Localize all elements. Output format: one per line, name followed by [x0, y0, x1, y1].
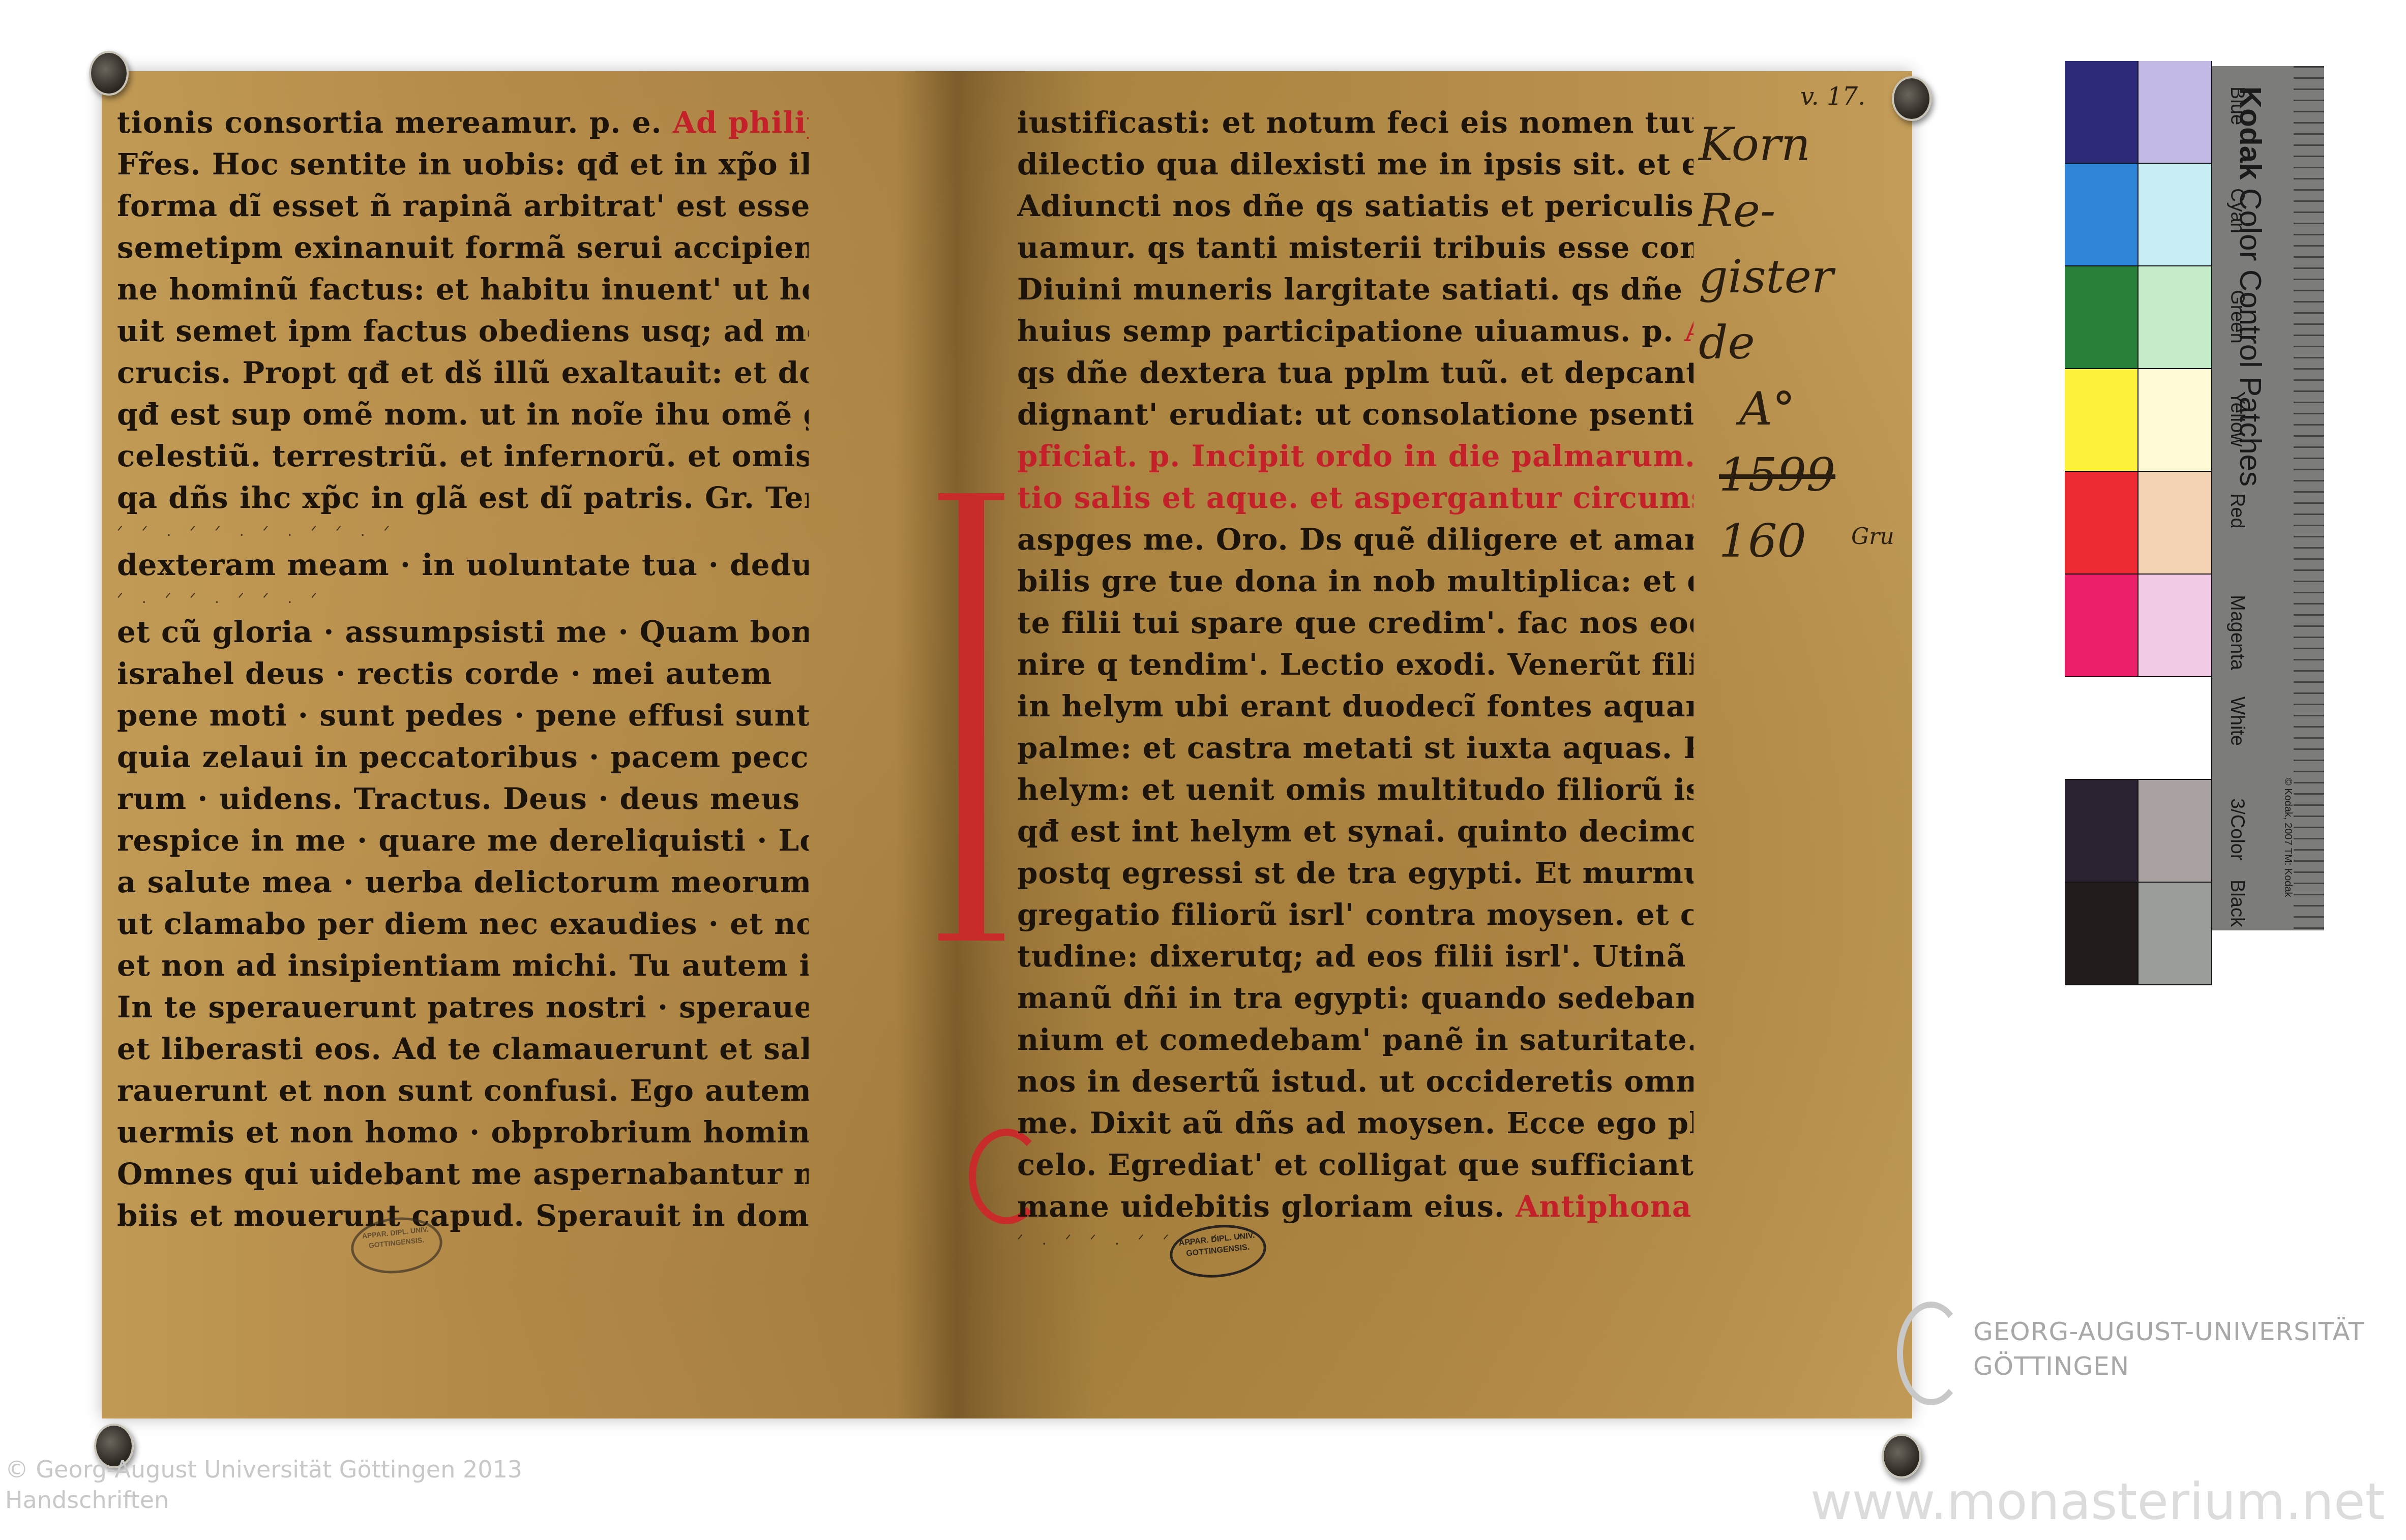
text-line: aspges me. Oro. Ds quẽ diligere et amare…	[1017, 519, 1694, 560]
patch-row-black	[2065, 883, 2212, 985]
magnet-top-right	[1892, 76, 1932, 121]
text-line: et cũ gloria · assumpsisti me · Quam bon…	[117, 611, 809, 653]
margin-annotation: v. 17. Korn Re- gister de A° 1599 160	[1699, 81, 1892, 575]
kodak-color-chart: Blue Cyan Green Yellow Red Magenta White…	[2065, 61, 2329, 935]
kodak-title: Kodak Color Control Patches	[2233, 86, 2268, 487]
patch-row-yellow	[2065, 369, 2212, 472]
text-line: qđ est int helym et synai. quinto decimo…	[1017, 810, 1694, 852]
right-page-text: iustificasti: et notum feci eis nomen tu…	[1017, 102, 1694, 1251]
patch-3color-light	[2138, 780, 2212, 882]
monasterium-watermark: www.monasterium.net	[1810, 1472, 2385, 1531]
patch-cyan-light	[2138, 164, 2212, 265]
text-line: Adiuncti nos dñe qs satiatis et periculi…	[1017, 185, 1694, 227]
university-logo-icon	[1897, 1302, 1965, 1405]
patch-black-light	[2138, 883, 2212, 984]
patch-green-dark	[2065, 266, 2138, 368]
text-line: uermis et non homo · obprobrium hominum …	[117, 1111, 809, 1153]
text-line: qs dñe dextera tua pplm tuũ. et depcante…	[1017, 352, 1694, 394]
ruler-ticks	[2294, 66, 2324, 930]
text-line: forma dĩ esset ñ rapinã arbitrat' est es…	[117, 185, 809, 227]
patch-row-red	[2065, 472, 2212, 575]
text-line: gregatio filiorũ isrl' contra moysen. et…	[1017, 894, 1694, 935]
patch-row-magenta	[2065, 575, 2212, 677]
text-line: pene moti · sunt pedes · pene effusi sun…	[117, 694, 809, 736]
patch-blue-light	[2138, 61, 2212, 163]
text-line: palme: et castra metati st iuxta aquas. …	[1017, 727, 1694, 769]
text-line: Omnes qui uidebant me aspernabantur me ·…	[117, 1153, 809, 1195]
text-line: te filii tui spare que credim'. fac nos …	[1017, 602, 1694, 644]
text-line: tionis consortia mereamur. p. e. Ad phil…	[117, 102, 809, 143]
kodak-copyright: © Kodak, 2007 TM: Kodak	[2282, 778, 2294, 897]
patch-yellow-dark	[2065, 369, 2138, 471]
patch-white	[2065, 677, 2212, 779]
patch-black-dark	[2065, 883, 2138, 984]
text-line: rauerunt et non sunt confusi. Ego autem …	[117, 1070, 809, 1111]
text-line: qđ est sup omẽ nom. ut in noĩe ihu omẽ g…	[117, 394, 809, 435]
patch-red-dark	[2065, 472, 2138, 573]
text-line: in helym ubi erant duodecĩ fontes aquarũ…	[1017, 685, 1694, 727]
patch-magenta-light	[2138, 575, 2212, 676]
text-line: ut clamabo per diem nec exaudies · et no…	[117, 903, 809, 945]
text-line: huius semp participatione uiuamus. p. Ad…	[1017, 310, 1694, 352]
neume-line: ᐟ ᐟ . ᐟ ᐟ . ᐟ . ᐟ ᐟ . ᐟ	[117, 519, 809, 544]
patch-row-3color	[2065, 780, 2212, 883]
patch-3color-dark	[2065, 780, 2138, 882]
rubric-heading: Ad philipenses.	[673, 105, 809, 140]
text-line: dexteram meam · in uoluntate tua · dedux…	[117, 544, 809, 586]
text-line: ne hominũ factus: et habitu inuent' ut h…	[117, 268, 809, 310]
text-line: celo. Egrediat' et colligat que sufficia…	[1017, 1144, 1694, 1186]
text-line: quia zelaui in peccatoribus · pacem pecc…	[117, 736, 809, 778]
rubric-line: pficiat. p. Incipit ordo in die palmarum…	[1017, 435, 1694, 477]
patch-row-cyan	[2065, 164, 2212, 266]
ruler-strip: Blue Cyan Green Yellow Red Magenta White…	[2212, 66, 2324, 930]
text-line: iustificasti: et notum feci eis nomen tu…	[1017, 102, 1694, 143]
text-line: Diuini muneris largitate satiati. qs dñe…	[1017, 268, 1694, 310]
text-line: biis et mouerunt capud. Sperauit in domi…	[117, 1195, 809, 1235]
text-line: manũ dñi in tra egypti: quando sedebam' …	[1017, 977, 1694, 1019]
color-patches	[2065, 61, 2212, 925]
text-line: et liberasti eos. Ad te clamauerunt et s…	[117, 1028, 809, 1070]
text-line: me. Dixit aũ dñs ad moysen. Ecce ego plu…	[1017, 1102, 1694, 1144]
illuminated-initial-I	[959, 498, 984, 935]
text-line: uit semet ipm factus obediens usq; ad mo…	[117, 310, 809, 352]
text-line: semetipm exinanuit formã serui accipiens…	[117, 227, 809, 268]
patch-red-light	[2138, 472, 2212, 573]
university-name: GEORG-AUGUST-UNIVERSITÄT GÖTTINGEN	[1973, 1314, 2364, 1383]
text-line: nire q tendim'. Lectio exodi. Venerũt fi…	[1017, 644, 1694, 685]
text-line: qa dñs ihc xp̃c in glã est dĩ patris. Gr…	[117, 477, 809, 519]
text-line: a salute mea · uerba delictorum meorum.	[117, 861, 809, 903]
text-line: nium et comedebam' panẽ in saturitate. C…	[1017, 1019, 1694, 1061]
text-line: mane uidebitis gloriam eius. Antiphona	[1017, 1186, 1694, 1227]
text-line: respice in me · quare me dereliquisti · …	[117, 820, 809, 861]
rubric-line: tio salis et aque. et aspergantur circum…	[1017, 477, 1694, 519]
text-line: celestiũ. terrestriũ. et infernorũ. et o…	[117, 435, 809, 477]
neume-line: ᐟ . ᐟ ᐟ . ᐟ ᐟ . ᐟ ᐟ	[1017, 1227, 1694, 1251]
magnet-top-left	[89, 51, 129, 96]
text-line: uamur. qs tanti misterii tribuis esse co…	[1017, 227, 1694, 268]
text-line: helym: et uenit omis multitudo filiorũ i…	[1017, 769, 1694, 810]
text-line: In te sperauerunt patres nostri · sperau…	[117, 986, 809, 1028]
text-line: dilectio qua dilexisti me in ipsis sit. …	[1017, 143, 1694, 185]
text-line: tudine: dixerutq; ad eos filii isrl'. Ut…	[1017, 935, 1694, 977]
text-line: dignant' erudiat: ut consolatione psenti…	[1017, 394, 1694, 435]
text-line: nos in desertũ istud. ut occideretis omn…	[1017, 1061, 1694, 1102]
text-line: et non ad insipientiam michi. Tu autem i…	[117, 945, 809, 986]
text-line: postq egressi st de tra egypti. Et murmu…	[1017, 852, 1694, 894]
neume-line: ᐟ . ᐟ ᐟ . ᐟ ᐟ . ᐟ	[117, 586, 809, 611]
patch-yellow-light	[2138, 369, 2212, 471]
copyright-notice: © Georg-August Universität Göttingen 201…	[5, 1454, 522, 1515]
text-line: bilis gre tue dona in nob multiplica: et…	[1017, 560, 1694, 602]
patch-green-light	[2138, 266, 2212, 368]
patch-row-blue	[2065, 61, 2212, 164]
patch-row-white	[2065, 677, 2212, 780]
left-page-text: tionis consortia mereamur. p. e. Ad phil…	[117, 102, 809, 1235]
text-line: rum · uidens. Tractus. Deus · deus meus	[117, 778, 809, 820]
patch-blue-dark	[2065, 61, 2138, 163]
text-line: crucis. Propt qđ et dš illũ exaltauit: e…	[117, 352, 809, 394]
margin-note: Gru	[1851, 524, 1894, 550]
patch-magenta-dark	[2065, 575, 2138, 676]
text-line: Fr̃es. Hoc sentite in uobis: qđ et in xp…	[117, 143, 809, 185]
patch-cyan-dark	[2065, 164, 2138, 265]
text-line: israhel deus · rectis corde · mei autem	[117, 653, 809, 694]
patch-row-green	[2065, 266, 2212, 369]
